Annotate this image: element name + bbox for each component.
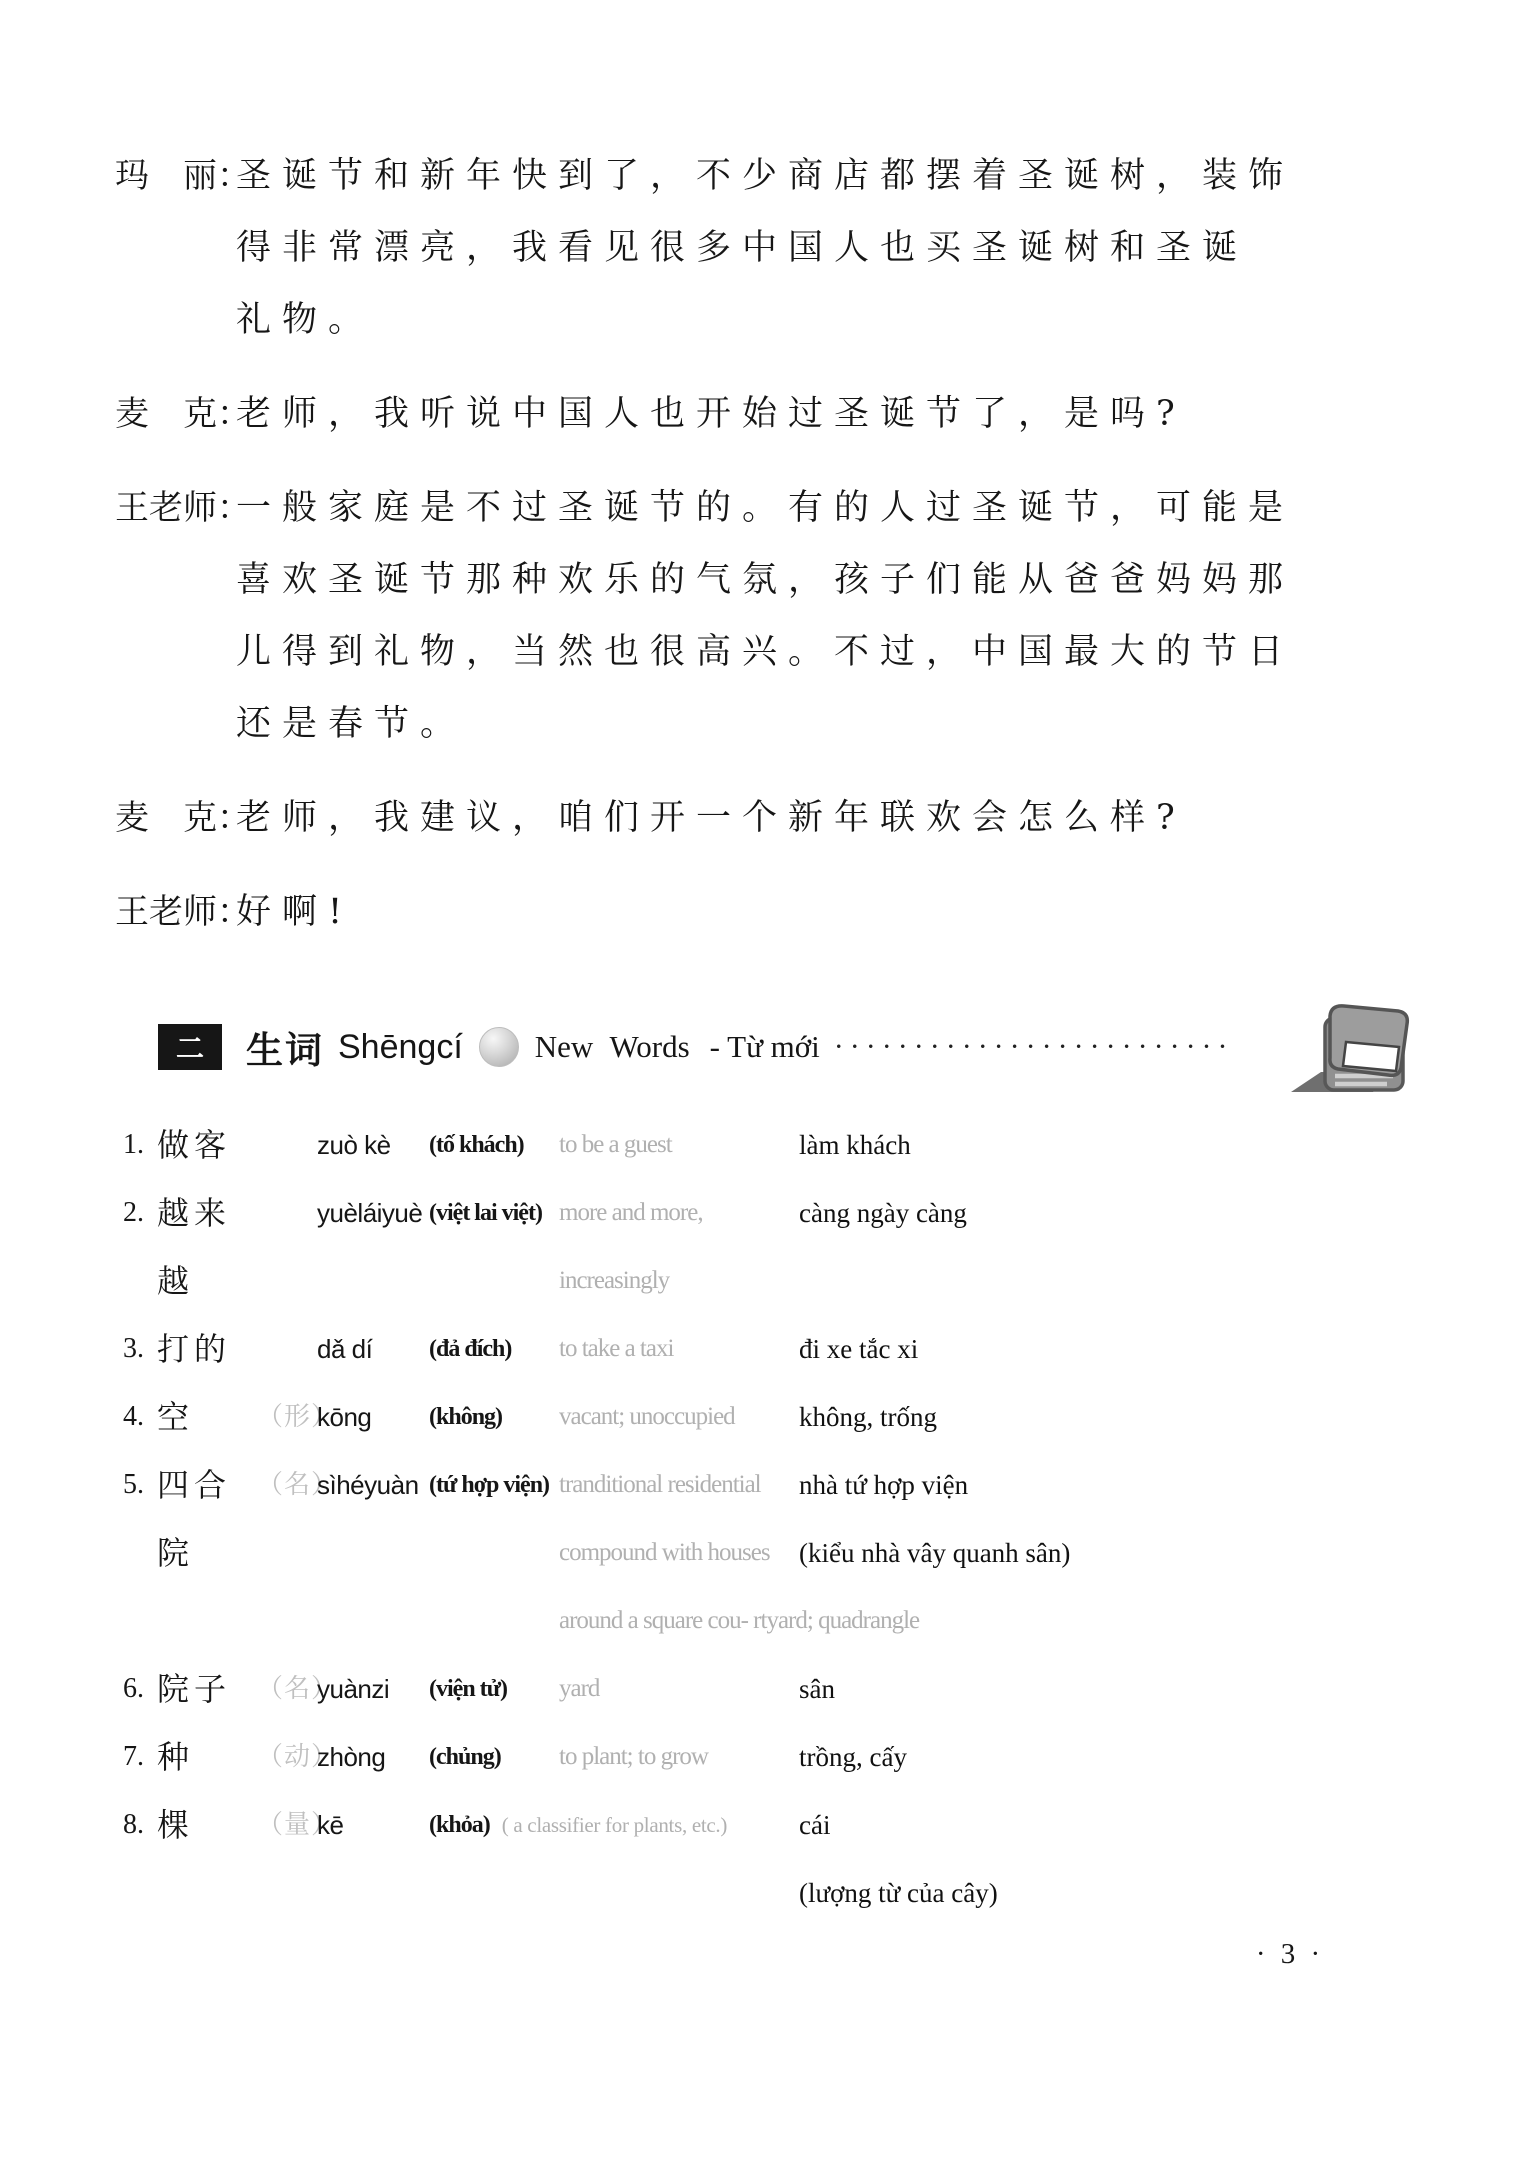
vocab-reading: (không) [429,1383,559,1451]
vocab-pinyin: dǎ dí [317,1315,429,1383]
speaker-label: 麦 克： [115,378,236,450]
vocab-viet: không, trống [799,1383,1453,1451]
vocab-number: 1. [123,1111,157,1179]
vocab-number: 2. [123,1179,157,1247]
vocab-pos: （量） [257,1791,317,1859]
vocab-word: 院子 [157,1655,257,1723]
dialogue-line: 一般家庭是不过圣诞节的。有的人过圣诞节，可能是 [236,472,1445,544]
section-title-en: New Words [535,1029,690,1065]
vocab-row: 1. 做客 zuò kè (tố khách) to be a guest là… [123,1111,1453,1179]
dialogue-lines: 老师，我建议，咱们开一个新年联欢会怎么样? [236,782,1445,854]
vocab-reading: (tố khách) [429,1111,559,1179]
vocab-gloss-line: ( a classifier for plants, etc.) [502,1813,727,1837]
dialogue-line: 圣诞节和新年快到了，不少商店都摆着圣诞树，装饰 [236,140,1445,212]
vocab-viet-line: làm khách [799,1111,1453,1179]
vocab-row: 4. 空 （形） kōng (không) vacant; unoccupied… [123,1383,1453,1451]
vocab-word: 种 [157,1723,257,1791]
vocab-gloss: tranditional residential compound with h… [559,1451,799,1655]
section-title-cn: 生词 [246,1020,324,1074]
section-title-pinyin: Shēngcí [338,1028,463,1067]
dialogue-line: 礼物。 [236,284,1445,356]
vocab-pos: （名） [257,1655,317,1723]
dialogue-line: 喜欢圣诞节那种欢乐的气氛，孩子们能从爸爸妈妈那 [236,544,1445,616]
section-header: 二 生词 Shēngcí New Words - Từ mới ········… [158,1012,1288,1082]
vocab-gloss-line: to be a guest [559,1111,799,1179]
vocab-number: 7. [123,1723,157,1791]
vocab-viet-line: đi xe tắc xi [799,1315,1453,1383]
vocab-viet: càng ngày càng [799,1179,1453,1247]
vocab-reading: (chủng) [429,1723,559,1791]
vocab-gloss: vacant; unoccupied [559,1383,799,1451]
vocab-gloss: more and more, increasingly [559,1179,799,1315]
flipbook-icon [1285,992,1427,1108]
sphere-bullet-icon [479,1027,519,1067]
vocab-word: 棵 [157,1791,257,1859]
vocab-viet: nhà tứ hợp viện (kiểu nhà vây quanh sân) [799,1451,1453,1587]
vocab-word: 打的 [157,1315,257,1383]
vocab-viet-line: trồng, cấy [799,1723,1453,1791]
vocab-viet-line: nhà tứ hợp viện [799,1451,1453,1519]
vocab-viet: trồng, cấy [799,1723,1453,1791]
vocab-viet: cái (lượng từ của cây) [799,1791,1453,1927]
section-title-vi: - Từ mới [710,1029,820,1065]
vocab-gloss-line: to plant; to grow [559,1723,799,1791]
vocab-viet: đi xe tắc xi [799,1315,1453,1383]
dialogue-lines: 好啊! [236,876,1445,948]
vocab-viet-line: cái [799,1791,1453,1859]
vocab-gloss: to be a guest [559,1111,799,1179]
vocab-reading: (viện tử) [429,1655,559,1723]
vocab-gloss: yard [559,1655,799,1723]
vocab-gloss-line: yard [559,1655,799,1723]
vocab-word: 空 [157,1383,257,1451]
vocab-pinyin: yuànzi [317,1655,429,1723]
section-number-badge: 二 [158,1024,222,1070]
vocab-gloss-line: compound with houses [559,1519,799,1587]
page-number: · 3 · [1225,1938,1355,1971]
vocab-pinyin: yuèláiyuè [317,1179,429,1247]
speaker-label: 麦 克： [115,782,236,854]
vocab-viet-line: (kiểu nhà vây quanh sân) [799,1519,1453,1587]
vocab-row: 7. 种 （动） zhòng (chủng) to plant; to grow… [123,1723,1453,1791]
dialogue-line: 老师，我建议，咱们开一个新年联欢会怎么样? [236,782,1445,854]
dialogue-line: 还是春节。 [236,688,1445,760]
dialogue-lines: 圣诞节和新年快到了，不少商店都摆着圣诞树，装饰 得非常漂亮，我看见很多中国人也买… [236,140,1445,356]
dotted-leader: ········································ [834,1012,1234,1082]
dialogue-lines: 一般家庭是不过圣诞节的。有的人过圣诞节，可能是 喜欢圣诞节那种欢乐的气氛，孩子们… [236,472,1445,760]
vocab-reading-gloss: (khỏa) ( a classifier for plants, etc.) [429,1791,799,1862]
vocab-number: 4. [123,1383,157,1451]
vocab-reading: (đả đích) [429,1315,559,1383]
vocab-pinyin: kē [317,1791,429,1859]
vocab-gloss: to plant; to grow [559,1723,799,1791]
vocab-word: 四合院 [157,1451,257,1587]
vocab-gloss-line: vacant; unoccupied [559,1383,799,1451]
textbook-page: 玛 丽： 圣诞节和新年快到了，不少商店都摆着圣诞树，装饰 得非常漂亮，我看见很多… [0,0,1536,2166]
vocab-pos: （名） [257,1451,317,1519]
vocab-gloss-line: to take a taxi [559,1315,799,1383]
speaker-label: 王老师： [115,472,236,760]
dialogue-line: 儿得到礼物，当然也很高兴。不过，中国最大的节日 [236,616,1445,688]
vocab-viet: làm khách [799,1111,1453,1179]
vocab-viet-line: càng ngày càng [799,1179,1453,1247]
vocab-pinyin: zhòng [317,1723,429,1791]
vocab-row: 2. 越来越 yuèláiyuè (việt lai việt) more an… [123,1179,1453,1315]
vocab-viet-line: sân [799,1655,1453,1723]
vocab-row: 8. 棵 （量） kē (khỏa) ( a classifier for pl… [123,1791,1453,1927]
vocab-viet-line: (lượng từ của cây) [799,1859,1453,1927]
vocab-number: 5. [123,1451,157,1519]
vocab-reading: (khỏa) [429,1812,490,1838]
vocab-number: 6. [123,1655,157,1723]
vocab-list: 1. 做客 zuò kè (tố khách) to be a guest là… [123,1111,1453,1927]
vocab-gloss: to take a taxi [559,1315,799,1383]
vocab-reading: (việt lai việt) [429,1179,559,1247]
speaker-label: 王老师： [115,876,236,948]
dialogue-section: 玛 丽： 圣诞节和新年快到了，不少商店都摆着圣诞树，装饰 得非常漂亮，我看见很多… [115,140,1445,970]
vocab-number: 8. [123,1791,157,1859]
vocab-gloss-line: increasingly [559,1247,799,1315]
vocab-pinyin: zuò kè [317,1111,429,1179]
vocab-row: 3. 打的 dǎ dí (đả đích) to take a taxi đi … [123,1315,1453,1383]
vocab-word: 越来越 [157,1179,257,1315]
vocab-reading: (tứ hợp viện) [429,1451,559,1519]
dialogue-lines: 老师，我听说中国人也开始过圣诞节了，是吗? [236,378,1445,450]
dialogue-turn: 玛 丽： 圣诞节和新年快到了，不少商店都摆着圣诞树，装饰 得非常漂亮，我看见很多… [115,140,1445,356]
vocab-viet: sân [799,1655,1453,1723]
vocab-pos: （形） [257,1383,317,1451]
vocab-gloss-line: around a square cou- rtyard; quadrangle [559,1587,799,1655]
vocab-row: 6. 院子 （名） yuànzi (viện tử) yard sân [123,1655,1453,1723]
vocab-number: 3. [123,1315,157,1383]
vocab-row: 5. 四合院 （名） sìhéyuàn (tứ hợp viện) trandi… [123,1451,1453,1655]
dialogue-line: 好啊! [236,876,1445,948]
vocab-pinyin: sìhéyuàn [317,1451,429,1519]
dialogue-line: 得非常漂亮，我看见很多中国人也买圣诞树和圣诞 [236,212,1445,284]
vocab-pinyin: kōng [317,1383,429,1451]
speaker-label: 玛 丽： [115,140,236,356]
vocab-pos: （动） [257,1723,317,1791]
vocab-gloss-line: tranditional residential [559,1451,799,1519]
dialogue-turn: 王老师： 一般家庭是不过圣诞节的。有的人过圣诞节，可能是 喜欢圣诞节那种欢乐的气… [115,472,1445,760]
dialogue-turn: 王老师： 好啊! [115,876,1445,948]
vocab-viet-line: không, trống [799,1383,1453,1451]
dialogue-turn: 麦 克： 老师，我听说中国人也开始过圣诞节了，是吗? [115,378,1445,450]
dialogue-line: 老师，我听说中国人也开始过圣诞节了，是吗? [236,378,1445,450]
dialogue-turn: 麦 克： 老师，我建议，咱们开一个新年联欢会怎么样? [115,782,1445,854]
vocab-word: 做客 [157,1111,257,1179]
vocab-gloss-line: more and more, [559,1179,799,1247]
